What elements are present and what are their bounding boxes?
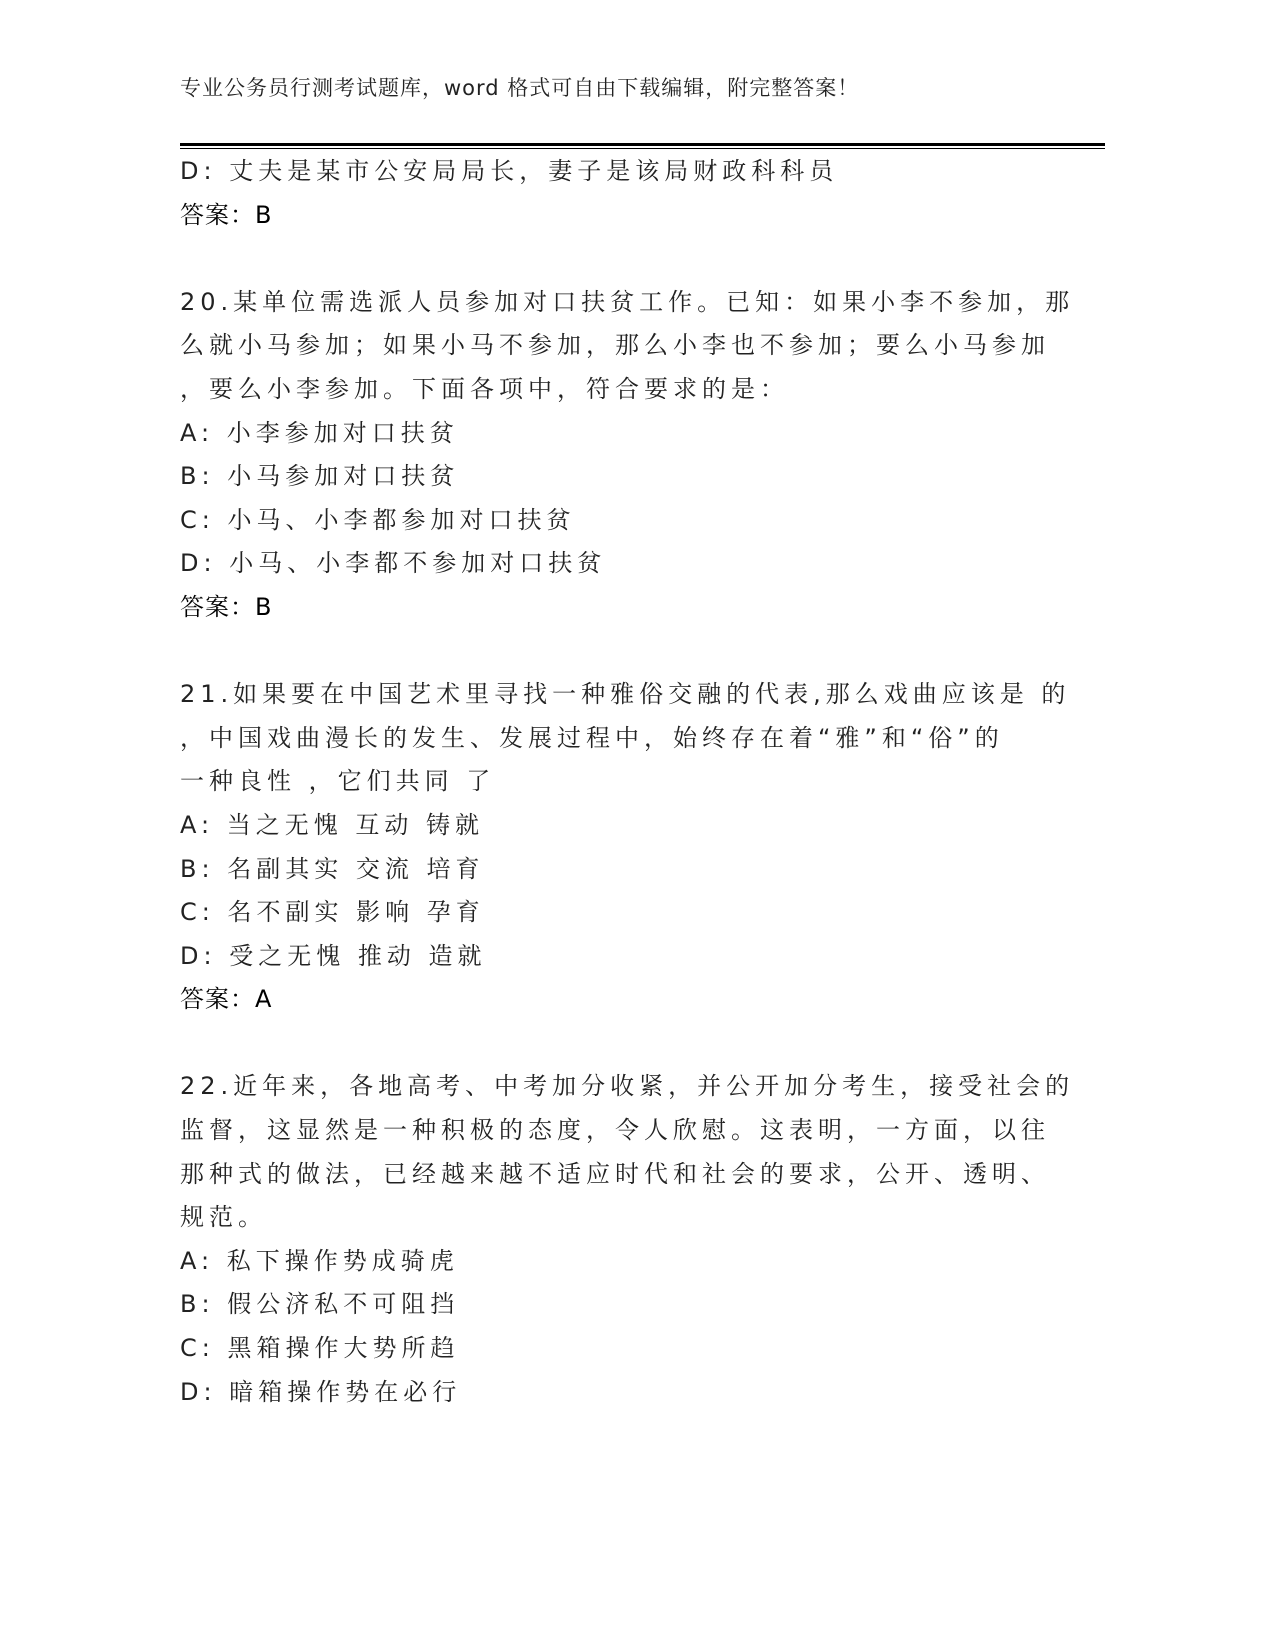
option-d: D: 丈夫是某市公安局局长，妻子是该局财政科科员: [180, 150, 1040, 194]
option-b: B: 假公济私不可阻挡: [180, 1283, 1040, 1327]
option-text: 暗箱操作势在必行: [229, 1378, 461, 1406]
option-text: 小马、小李都不参加对口扶贫: [229, 549, 606, 577]
question-stem-line: 监督，这显然是一种积极的态度，令人欣慰。这表明，一方面，以往: [180, 1109, 1040, 1153]
option-d: D: 暗箱操作势在必行: [180, 1371, 1040, 1415]
option-label: B:: [180, 855, 215, 883]
question-number: 21.: [180, 680, 233, 708]
option-d: D: 受之无愧 推动 造就: [180, 935, 1040, 979]
option-label: C:: [180, 506, 215, 534]
option-text: 名副其实 交流 培育: [227, 855, 484, 883]
question-stem-line: ，中国戏曲漫长的发生、发展过程中，始终存在着“雅”和“俗”的: [180, 717, 1040, 761]
option-c: C: 名不副实 影响 孕育: [180, 891, 1040, 935]
question-stem-line: 规范。: [180, 1196, 1040, 1240]
answer-line: 答案：B: [180, 586, 1040, 630]
page-header-title: 专业公务员行测考试题库，word 格式可自由下载编辑，附完整答案！: [180, 72, 859, 102]
question-21: 21.如果要在中国艺术里寻找一种雅俗交融的代表,那么戏曲应该是 的 ，中国戏曲漫…: [180, 673, 1040, 1022]
answer-line: 答案：B: [180, 194, 1040, 238]
option-d: D: 小马、小李都不参加对口扶贫: [180, 542, 1040, 586]
question-20: 20.某单位需选派人员参加对口扶贫工作。已知：如果小李不参加，那 么就小马参加；…: [180, 281, 1040, 630]
question-number: 22.: [180, 1072, 233, 1100]
header-divider-thin: [180, 148, 1105, 149]
question-stem-line: 那种式的做法，已经越来越不适应时代和社会的要求，公开、透明、: [180, 1153, 1040, 1197]
option-text: 小马参加对口扶贫: [227, 462, 459, 490]
option-a: A: 小李参加对口扶贫: [180, 412, 1040, 456]
option-label: B:: [180, 1290, 215, 1318]
option-label: B:: [180, 462, 215, 490]
header-divider: [180, 143, 1105, 146]
option-text: 假公济私不可阻挡: [227, 1290, 459, 1318]
option-b: B: 小马参加对口扶贫: [180, 455, 1040, 499]
option-text: 受之无愧 推动 造就: [229, 942, 486, 970]
question-stem-line: 21.如果要在中国艺术里寻找一种雅俗交融的代表,那么戏曲应该是 的: [180, 673, 1040, 717]
prev-question-block: D: 丈夫是某市公安局局长，妻子是该局财政科科员 答案：B: [180, 150, 1040, 237]
stem-text: 某单位需选派人员参加对口扶贫工作。已知：如果小李不参加，那: [233, 288, 1074, 316]
spacer: [180, 237, 1040, 281]
option-text: 小李参加对口扶贫: [227, 419, 459, 447]
option-a: A: 私下操作势成骑虎: [180, 1240, 1040, 1284]
question-stem-line: 20.某单位需选派人员参加对口扶贫工作。已知：如果小李不参加，那: [180, 281, 1040, 325]
question-22: 22.近年来，各地高考、中考加分收紧，并公开加分考生，接受社会的 监督，这显然是…: [180, 1065, 1040, 1414]
option-text: 小马、小李都参加对口扶贫: [227, 506, 575, 534]
option-a: A: 当之无愧 互动 铸就: [180, 804, 1040, 848]
option-label: D:: [180, 942, 217, 970]
spacer: [180, 1022, 1040, 1066]
option-text: 名不副实 影响 孕育: [227, 898, 484, 926]
option-text: 黑箱操作大势所趋: [227, 1334, 459, 1362]
option-label: C:: [180, 898, 215, 926]
option-label: A:: [180, 811, 214, 839]
option-c: C: 小马、小李都参加对口扶贫: [180, 499, 1040, 543]
option-text: 私下操作势成骑虎: [227, 1247, 459, 1275]
option-label: D:: [180, 157, 217, 185]
answer-line: 答案：A: [180, 978, 1040, 1022]
option-label: D:: [180, 1378, 217, 1406]
option-text: 丈夫是某市公安局局长，妻子是该局财政科科员: [229, 157, 838, 185]
spacer: [180, 630, 1040, 674]
stem-text: 如果要在中国艺术里寻找一种雅俗交融的代表,那么戏曲应该是 的: [233, 680, 1070, 708]
option-label: A:: [180, 419, 214, 447]
question-stem-line: 么就小马参加；如果小马不参加，那么小李也不参加；要么小马参加: [180, 324, 1040, 368]
option-c: C: 黑箱操作大势所趋: [180, 1327, 1040, 1371]
document-body: D: 丈夫是某市公安局局长，妻子是该局财政科科员 答案：B 20.某单位需选派人…: [180, 150, 1040, 1414]
option-label: C:: [180, 1334, 215, 1362]
option-b: B: 名副其实 交流 培育: [180, 848, 1040, 892]
question-stem-line: 一种良性 ，它们共同 了: [180, 760, 1040, 804]
question-stem-line: ，要么小李参加。下面各项中，符合要求的是：: [180, 368, 1040, 412]
option-label: A:: [180, 1247, 214, 1275]
stem-text: 近年来，各地高考、中考加分收紧，并公开加分考生，接受社会的: [233, 1072, 1074, 1100]
question-stem-line: 22.近年来，各地高考、中考加分收紧，并公开加分考生，接受社会的: [180, 1065, 1040, 1109]
question-number: 20.: [180, 288, 233, 316]
option-label: D:: [180, 549, 217, 577]
option-text: 当之无愧 互动 铸就: [227, 811, 484, 839]
